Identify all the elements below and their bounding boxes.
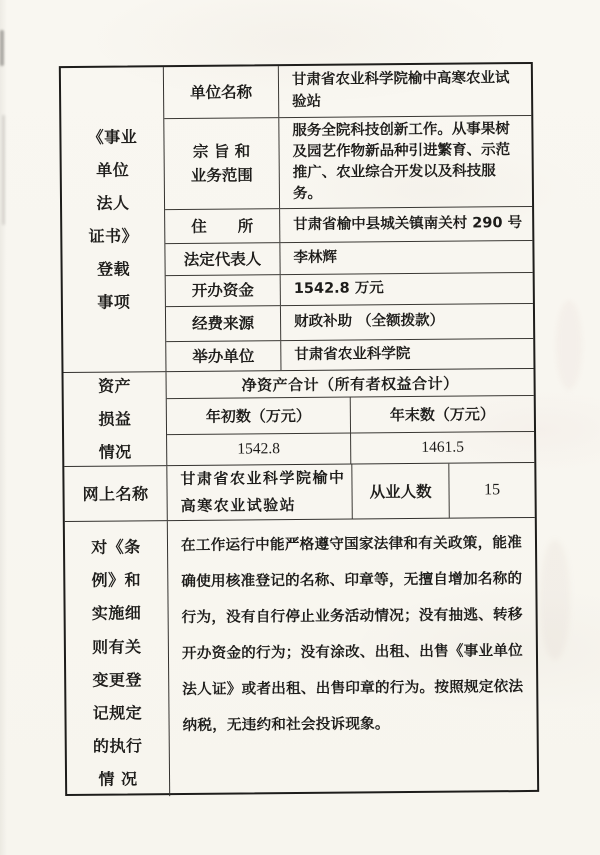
certificate-rows: 单位名称 甘肃省农业科学院榆中高寒农业试验站 宗 旨 和 业务范围 服务全院科技… bbox=[164, 64, 534, 371]
bleed-through-smudge bbox=[556, 300, 582, 390]
row-value-text: 甘肃省农业科学院 bbox=[294, 344, 410, 366]
compliance-side-label: 对《条 例》和 实施细 则有关 变更登 记规定 的执行 情 况 bbox=[65, 521, 170, 797]
row-value-text: 财政补助 （全额拨款） bbox=[294, 311, 444, 333]
bleed-through-smudge bbox=[540, 540, 570, 660]
section-compliance: 对《条 例》和 实施细 则有关 变更登 记规定 的执行 情 况 在工作运行中能严… bbox=[65, 517, 537, 797]
net-assets-header: 净资产合计（所有者权益合计） bbox=[166, 369, 533, 399]
row-value-text: 李林辉 bbox=[293, 248, 337, 269]
table-row-unit-name: 单位名称 甘肃省农业科学院榆中高寒农业试验站 bbox=[164, 64, 531, 118]
row-value-text: 甘肃省榆中县城关镇南关村 290 号 bbox=[293, 213, 522, 236]
row-label: 开办资金 bbox=[166, 275, 281, 306]
row-label-text: 业务范围 bbox=[191, 163, 253, 188]
row-label: 法定代表人 bbox=[165, 243, 280, 275]
certificate-side-label: 《事业 单位 法人 证书》 登载 事项 bbox=[61, 67, 167, 372]
side-label-line: 则有关 bbox=[92, 630, 142, 664]
compliance-statement: 在工作运行中能严格遵守国家法律和有关政策，能准确使用核准登记的名称、印章等，无擅… bbox=[168, 518, 537, 796]
row-value: 李林辉 bbox=[280, 241, 532, 274]
side-label-line: 实施细 bbox=[92, 597, 142, 631]
side-label-line: 法人 bbox=[96, 186, 129, 219]
table-row-sponsor-unit: 举办单位 甘肃省农业科学院 bbox=[166, 338, 533, 371]
online-name-label-text: 网上名称 bbox=[82, 477, 148, 511]
assets-values: 1542.8 1461.5 bbox=[167, 431, 534, 465]
row-value: 服务全院科技创新工作。从事果树及园艺作物新品种引进繁育、示范推广、农业综合开发以… bbox=[279, 116, 532, 208]
row-label: 经费来源 bbox=[166, 306, 281, 341]
row-label: 举办单位 bbox=[166, 341, 281, 371]
table-row-funding-source: 经费来源 财政补助 （全额拨款） bbox=[166, 303, 533, 341]
section-online-name: 网上名称 甘肃省农业科学院榆中 高寒农业试验站 从业人数 15 bbox=[64, 462, 534, 521]
side-label-line: 资产 bbox=[98, 369, 131, 402]
side-label-line: 的执行 bbox=[93, 730, 143, 764]
row-value-text: 1542.8 万元 bbox=[294, 279, 384, 301]
row-label-text: 经费来源 bbox=[192, 311, 254, 336]
row-label-text: 开办资金 bbox=[192, 278, 254, 303]
scanned-document-page: 《事业 单位 法人 证书》 登载 事项 单位名称 甘肃省农业科学院榆中高寒农业试… bbox=[0, 0, 600, 855]
side-label-line: 例》和 bbox=[91, 564, 141, 598]
side-label-line: 《事业 bbox=[88, 120, 138, 153]
row-value: 甘肃省农业科学院 bbox=[281, 339, 533, 370]
scanner-edge-artifact bbox=[0, 30, 4, 66]
section-certificate-items: 《事业 单位 法人 证书》 登载 事项 单位名称 甘肃省农业科学院榆中高寒农业试… bbox=[61, 64, 534, 372]
row-label: 宗 旨 和 业务范围 bbox=[164, 118, 280, 209]
year-start-label: 年初数（万元） bbox=[167, 398, 351, 435]
row-value: 1542.8 万元 bbox=[281, 273, 533, 305]
side-label-line: 事项 bbox=[97, 285, 130, 318]
year-start-value: 1542.8 bbox=[167, 434, 351, 466]
section-assets: 资产 损益 情况 净资产合计（所有者权益合计） 年初数（万元） 年末数（万元） … bbox=[63, 368, 534, 466]
side-label-line: 损益 bbox=[98, 402, 131, 435]
online-name-label: 网上名称 bbox=[64, 466, 167, 521]
row-label: 住 所 bbox=[165, 209, 280, 243]
registration-form-table: 《事业 单位 法人 证书》 登载 事项 单位名称 甘肃省农业科学院榆中高寒农业试… bbox=[59, 62, 539, 796]
row-value-text: 服务全院科技创新工作。从事果树及园艺作物新品种引进繁育、示范推广、农业综合开发以… bbox=[292, 119, 524, 205]
table-row-purpose-scope: 宗 旨 和 业务范围 服务全院科技创新工作。从事果树及园艺作物新品种引进繁育、示… bbox=[164, 115, 532, 209]
row-value: 甘肃省榆中县城关镇南关村 290 号 bbox=[280, 207, 532, 242]
row-value: 财政补助 （全额拨款） bbox=[281, 304, 533, 340]
side-label-line: 记规定 bbox=[93, 696, 143, 730]
row-label-text: 住 所 bbox=[191, 214, 253, 239]
online-name-line: 高寒农业试验站 bbox=[181, 492, 352, 520]
year-end-label: 年末数（万元） bbox=[351, 396, 534, 433]
table-row-opening-funds: 开办资金 1542.8 万元 bbox=[166, 272, 533, 306]
table-row-address: 住 所 甘肃省榆中县城关镇南关村 290 号 bbox=[165, 206, 532, 243]
row-label-text: 宗 旨 和 bbox=[193, 139, 251, 163]
staff-count-label: 从业人数 bbox=[352, 464, 449, 519]
row-label-text: 法定代表人 bbox=[184, 247, 262, 272]
online-name-value: 甘肃省农业科学院榆中 高寒农业试验站 bbox=[167, 465, 352, 521]
side-label-line: 证书》 bbox=[88, 219, 138, 252]
row-label-text: 单位名称 bbox=[190, 80, 252, 105]
online-name-line: 甘肃省农业科学院榆中 bbox=[180, 465, 351, 493]
row-value-text: 甘肃省农业科学院榆中高寒农业试验站 bbox=[292, 69, 523, 113]
side-label-line: 情 况 bbox=[98, 763, 137, 797]
side-label-line: 单位 bbox=[96, 153, 129, 186]
staff-count-value: 15 bbox=[449, 463, 534, 518]
assets-column-labels: 年初数（万元） 年末数（万元） bbox=[167, 396, 534, 434]
side-label-line: 登载 bbox=[97, 252, 130, 285]
side-label-line: 变更登 bbox=[92, 663, 142, 697]
row-value: 甘肃省农业科学院榆中高寒农业试验站 bbox=[279, 64, 531, 117]
table-row-legal-representative: 法定代表人 李林辉 bbox=[165, 240, 532, 275]
side-label-line: 对《条 bbox=[91, 530, 141, 564]
row-label: 单位名称 bbox=[164, 66, 279, 118]
scanner-edge-shadow bbox=[2, 115, 5, 225]
assets-side-label: 资产 损益 情况 bbox=[64, 372, 168, 466]
year-end-value: 1461.5 bbox=[351, 432, 534, 464]
row-label-text: 举办单位 bbox=[192, 344, 254, 369]
assets-grid: 净资产合计（所有者权益合计） 年初数（万元） 年末数（万元） 1542.8 14… bbox=[166, 369, 534, 465]
side-label-line: 情况 bbox=[99, 435, 132, 468]
